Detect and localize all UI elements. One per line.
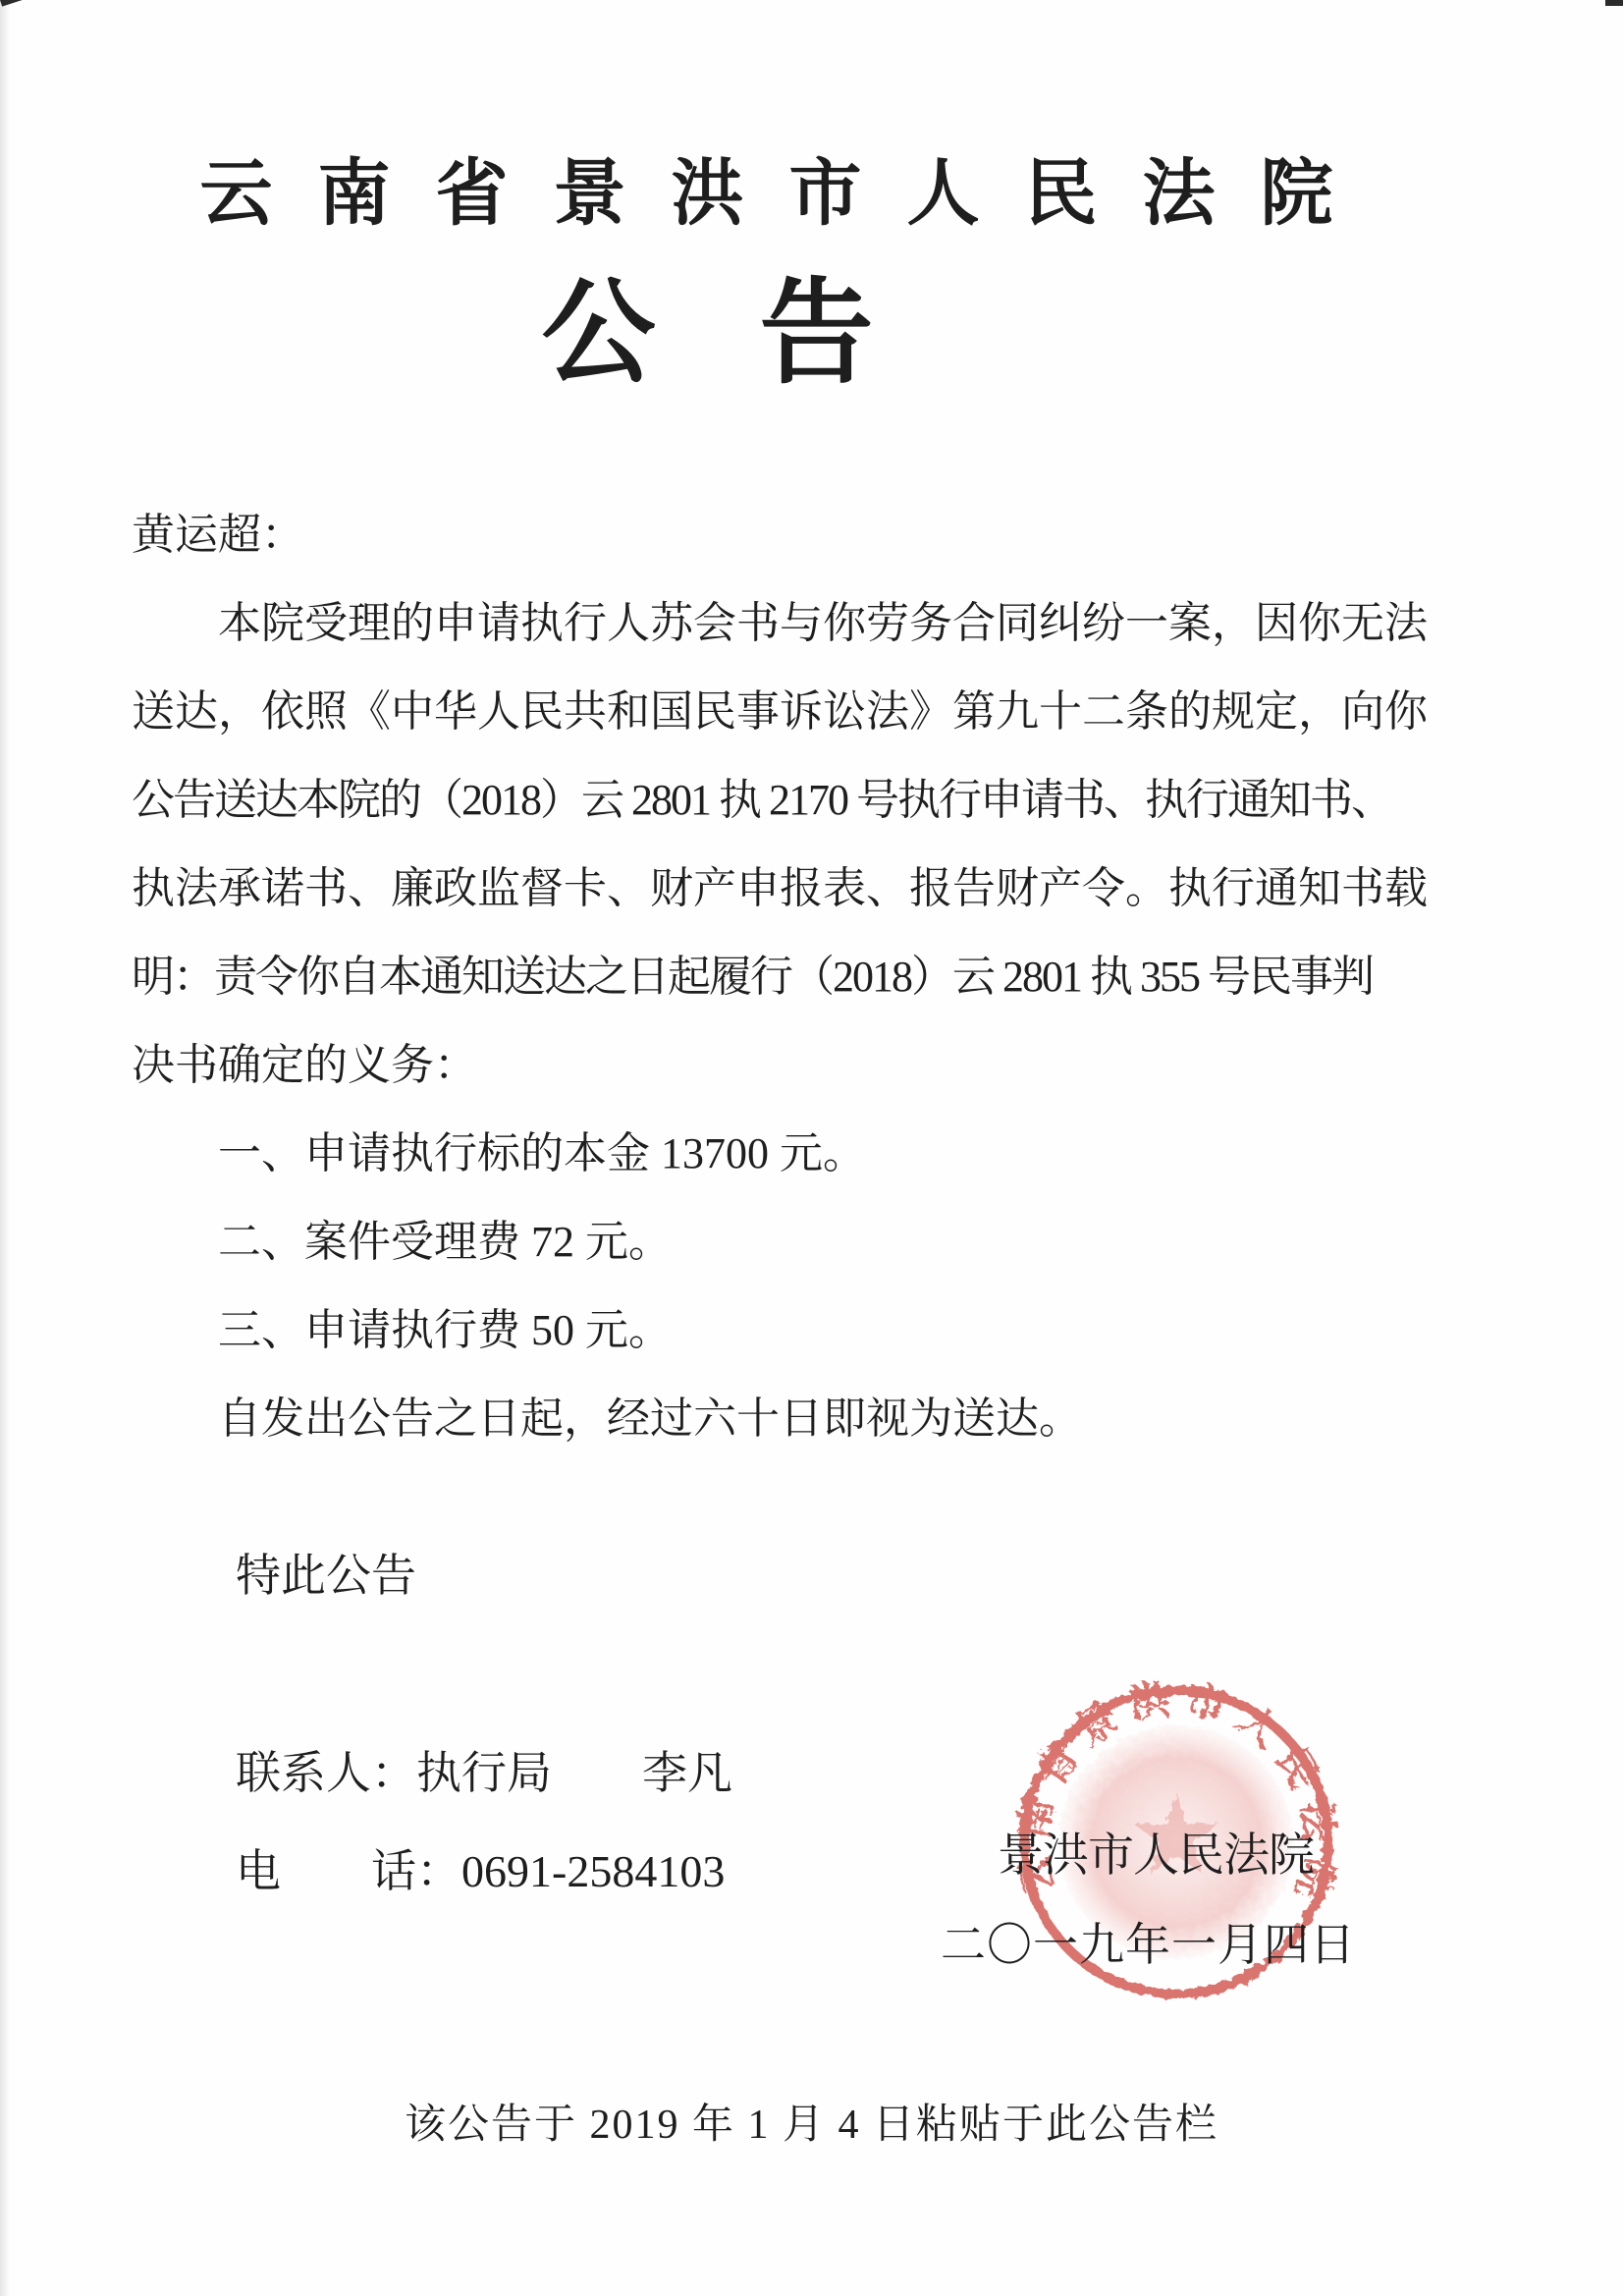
body-line: 明：责令你自本通知送达之日起履行（2018）云 2801 执 355 号民事判: [132, 933, 1434, 1021]
posting-note: 该公告于 2019 年 1 月 4 日粘贴于此公告栏: [0, 2092, 1623, 2151]
scan-artifact: [0, 0, 27, 7]
contact-person-line: 联系人：执行局 李凡: [236, 1724, 732, 1823]
closing-phrase: 特此公告: [236, 1540, 416, 1605]
contact-person-value: 执行局 李凡: [416, 1748, 732, 1798]
announcement-title: 公告: [0, 242, 1571, 406]
obligation-item-1: 一、申请执行标的本金 13700 元。: [132, 1110, 1434, 1198]
announcement-body: 黄运超： 本院受理的申请执行人苏会书与你劳务合同纠纷一案，因你无法 送达，依照《…: [132, 491, 1434, 1463]
signature-court-name: 景洪市人民法院: [998, 1819, 1314, 1885]
obligation-item-2: 二、案件受理费 72 元。: [132, 1198, 1434, 1286]
body-line: 本院受理的申请执行人苏会书与你劳务合同纠纷一案，因你无法: [132, 579, 1434, 668]
contact-phone-label: 电 话：: [236, 1846, 461, 1896]
court-title: 云南省景洪市人民法院: [0, 136, 1600, 240]
contact-block: 联系人：执行局 李凡 电 话：0691-2584103: [236, 1724, 732, 1921]
body-line: 执法承诺书、廉政监督卡、财产申报表、报告财产令。执行通知书载: [132, 845, 1434, 933]
contact-phone-value: 0691-2584103: [461, 1846, 725, 1896]
body-line: 决书确定的义务：: [132, 1021, 1434, 1110]
scan-edge-shadow: [0, 0, 10, 2296]
contact-phone-line: 电 话：0691-2584103: [236, 1823, 732, 1921]
body-line: 送达，依照《中华人民共和国民事诉讼法》第九十二条的规定，向你: [132, 668, 1434, 756]
document-page: 云南省景洪市人民法院 公告 黄运超： 本院受理的申请执行人苏会书与你劳务合同纠纷…: [0, 0, 1623, 2296]
signature-date: 二〇一九年一月四日: [941, 1909, 1356, 1974]
salutation: 黄运超：: [132, 491, 1434, 579]
body-line: 公告送达本院的（2018）云 2801 执 2170 号执行申请书、执行通知书、: [132, 756, 1434, 845]
obligation-item-3: 三、申请执行费 50 元。: [132, 1286, 1434, 1375]
service-deadline-line: 自发出公告之日起，经过六十日即视为送达。: [132, 1375, 1434, 1463]
contact-person-label: 联系人：: [236, 1748, 416, 1798]
scan-artifact: [1605, 0, 1623, 6]
